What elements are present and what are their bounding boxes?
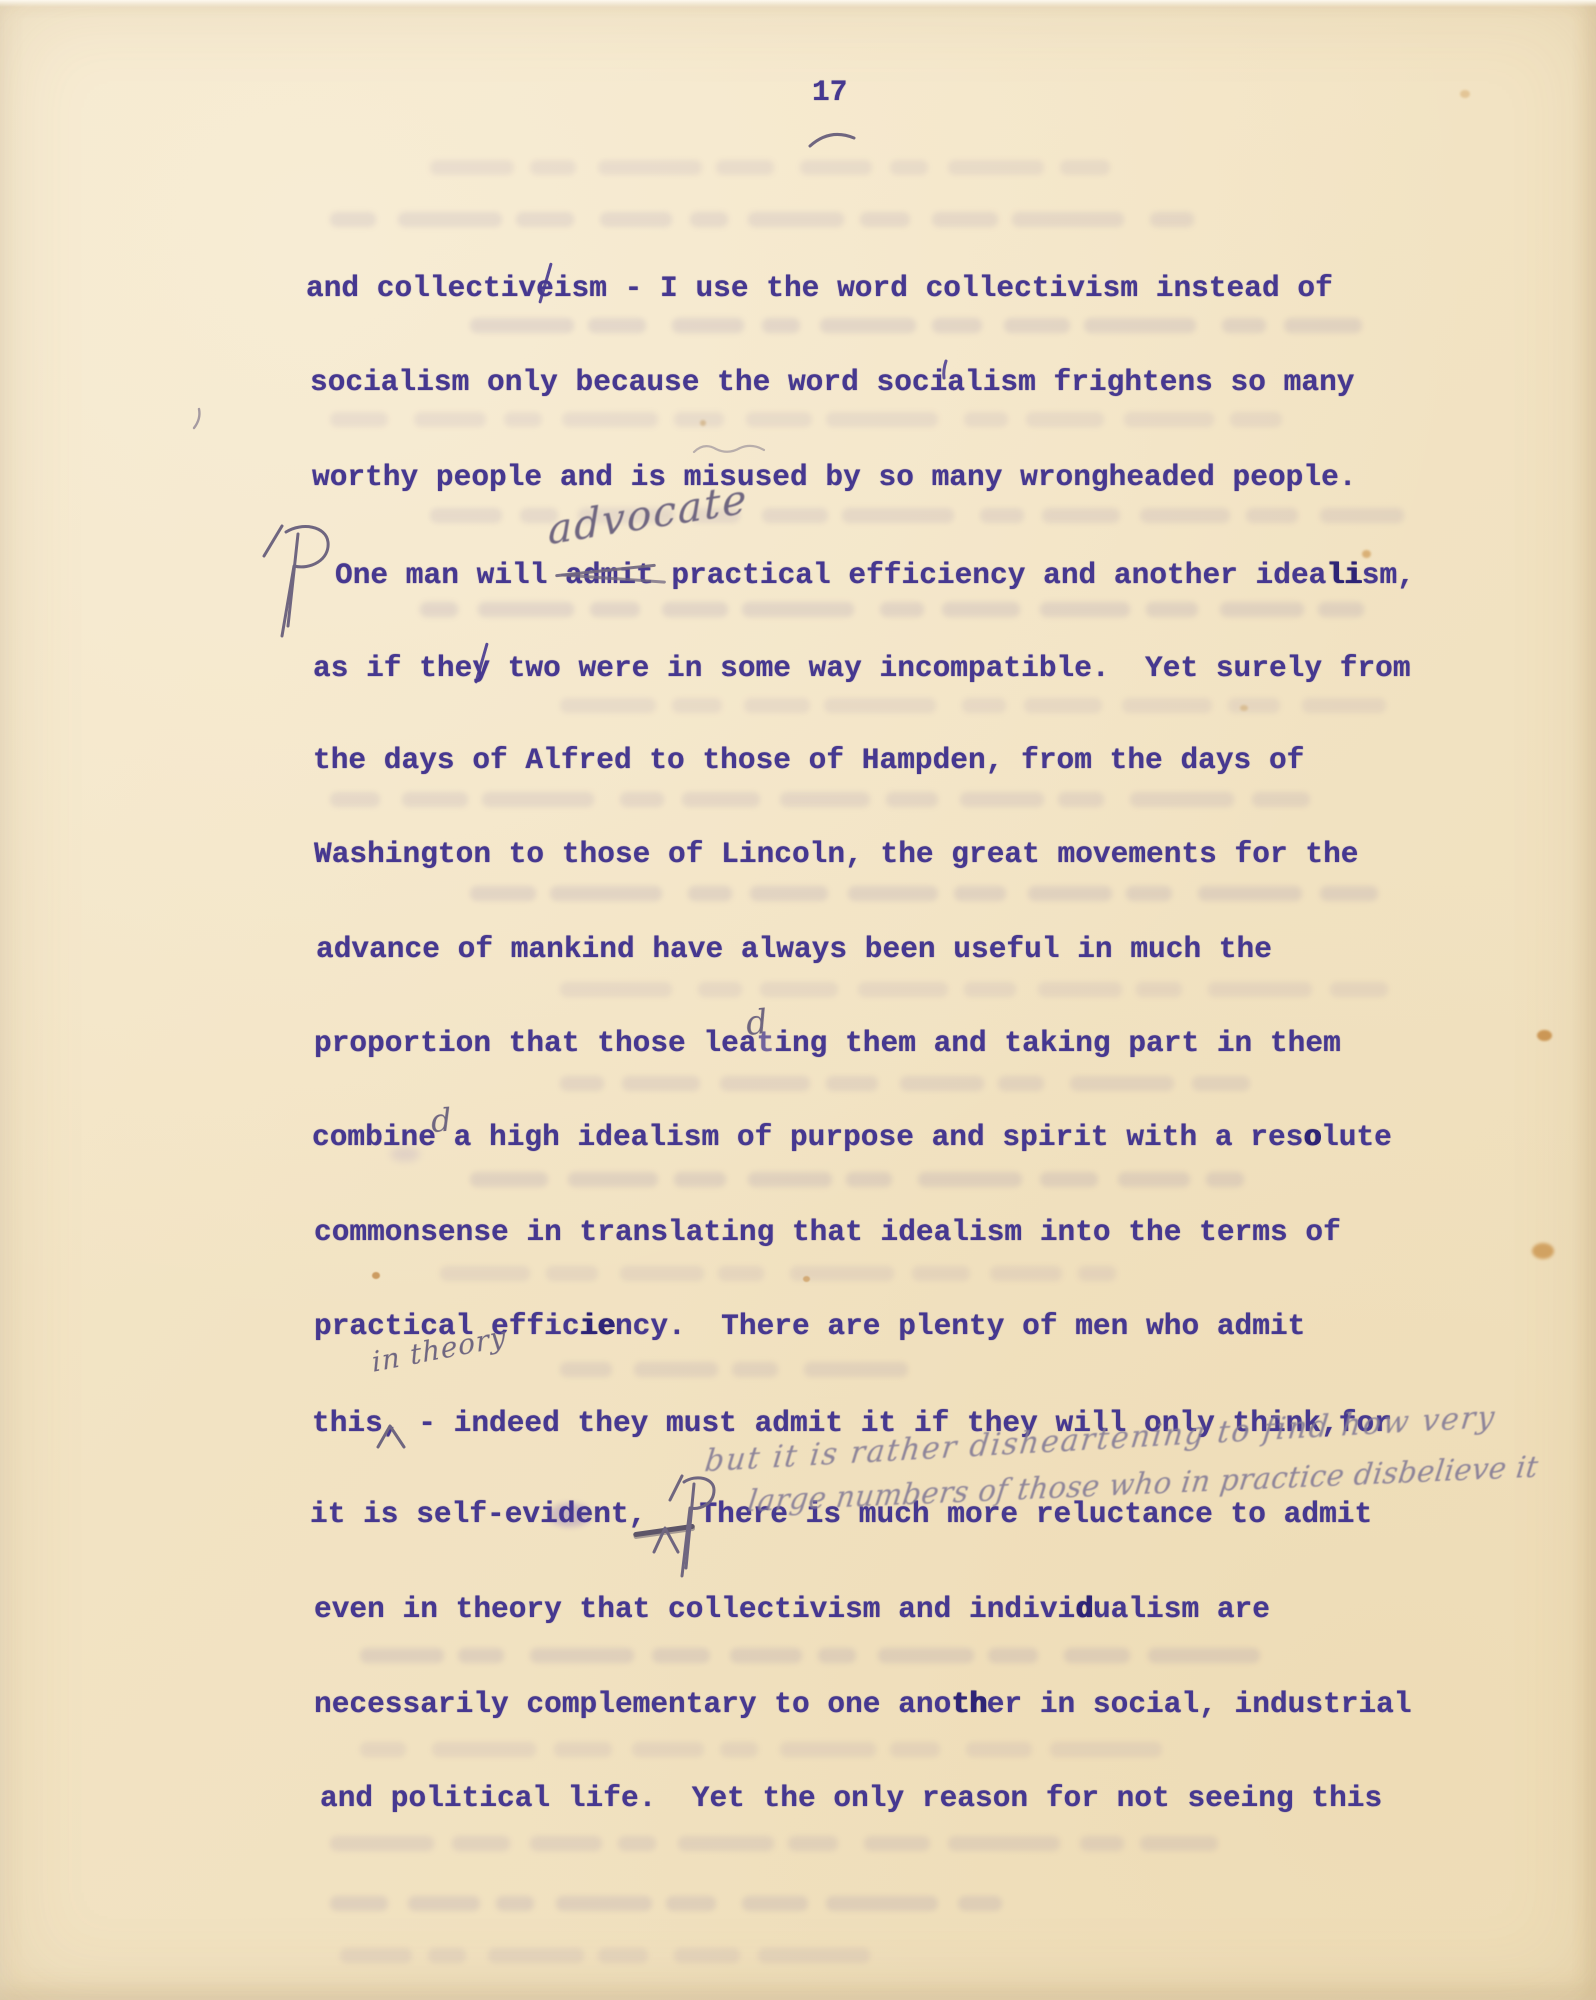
typed-segment: ncy. There are plenty of men who admit — [615, 1309, 1305, 1343]
ghost-text-fragment — [1042, 508, 1120, 523]
ghost-text-fragment — [846, 1172, 892, 1187]
ghost-text-fragment — [800, 160, 872, 175]
ghost-text-fragment — [698, 982, 742, 997]
caret-insert-mark — [648, 1524, 684, 1556]
typed-segment: two were in some way incompatible. Yet s… — [490, 651, 1411, 685]
ghost-text-fragment — [330, 1836, 434, 1851]
ghost-text-fragment — [662, 602, 728, 617]
typed-line: One man will admit practical efficiency … — [335, 557, 1415, 593]
ghost-text-fragment — [330, 792, 380, 807]
ghost-text-fragment — [980, 508, 1024, 523]
ghost-text-fragment — [488, 1948, 584, 1963]
ghost-text-fragment — [1318, 602, 1364, 617]
ghost-text-fragment — [1012, 212, 1124, 227]
ghost-text-fragment — [960, 792, 1044, 807]
handwritten-correction-d-combined: d — [430, 1101, 453, 1140]
ghost-text-fragment — [1150, 212, 1194, 227]
paper-stain — [1460, 90, 1470, 98]
ghost-text-fragment — [622, 1076, 700, 1091]
ghost-text-fragment — [560, 982, 672, 997]
ghost-text-fragment — [1038, 982, 1122, 997]
ghost-text-fragment — [760, 982, 838, 997]
ghost-text-fragment — [430, 160, 514, 175]
ghost-text-fragment — [804, 1362, 908, 1377]
ghost-text-fragment — [890, 160, 928, 175]
ghost-text-fragment — [674, 1948, 740, 1963]
ghost-text-fragment — [478, 602, 574, 617]
ghost-text-fragment — [1208, 982, 1312, 997]
ghost-text-fragment — [688, 886, 732, 901]
ghost-text-fragment — [590, 602, 640, 617]
paper-stain — [1537, 1030, 1552, 1041]
ghost-text-fragment — [504, 412, 542, 427]
ghost-text-fragment — [1140, 1836, 1218, 1851]
ghost-text-fragment — [516, 212, 574, 227]
ghost-text-fragment — [1028, 886, 1112, 901]
typed-line: necessarily complementary to one another… — [314, 1686, 1412, 1722]
typed-segment: necessarily complementary to one ano — [314, 1687, 951, 1721]
ghost-text-fragment — [408, 1896, 480, 1911]
ghost-text-fragment — [1080, 1836, 1124, 1851]
typed-segment: One man will — [335, 558, 565, 592]
ghost-text-fragment — [530, 160, 576, 175]
ghost-text-fragment — [1050, 1742, 1162, 1757]
ghost-text-fragment — [1284, 318, 1362, 333]
ghost-text-fragment — [556, 1896, 652, 1911]
ghost-text-fragment — [674, 412, 724, 427]
ghost-text-fragment — [428, 1948, 466, 1963]
paper-stain — [803, 1276, 810, 1282]
ghost-text-fragment — [360, 1742, 406, 1757]
typed-segment: er in social, industrial — [987, 1687, 1412, 1721]
ghost-text-fragment — [1084, 318, 1196, 333]
ghost-text-fragment — [470, 886, 536, 901]
ghost-text-fragment — [744, 698, 810, 713]
ghost-text-fragment — [964, 412, 1008, 427]
ghost-text-fragment — [1252, 792, 1310, 807]
ghost-text-fragment — [730, 1648, 802, 1663]
typed-line: worthy people and is misused by so many … — [312, 459, 1356, 495]
ghost-text-fragment — [1206, 1172, 1244, 1187]
typed-line: even in theory that collectivism and ind… — [314, 1591, 1270, 1627]
ghost-text-fragment — [550, 886, 662, 901]
ghost-text-fragment — [848, 886, 938, 901]
ghost-text-fragment — [1124, 412, 1214, 427]
ghost-text-fragment — [482, 792, 594, 807]
ghost-text-fragment — [452, 1836, 510, 1851]
ghost-text-fragment — [1060, 160, 1110, 175]
paper-stain — [1240, 705, 1248, 711]
typed-segment: Washington to those of Lincoln, the grea… — [314, 837, 1358, 871]
ghost-text-fragment — [954, 886, 1006, 901]
ghost-text-fragment — [678, 1836, 774, 1851]
ghost-text-fragment — [440, 1266, 530, 1281]
ghost-text-fragment — [1230, 412, 1282, 427]
typed-segment: it is self-evident, — [310, 1497, 646, 1531]
ghost-text-fragment — [820, 318, 916, 333]
ghost-text-fragment — [1024, 698, 1102, 713]
ghost-text-fragment — [690, 212, 728, 227]
ghost-text-fragment — [1220, 602, 1304, 617]
ghost-text-fragment — [964, 982, 1016, 997]
paragraph-insert-mark — [256, 520, 340, 642]
ghost-text-fragment — [360, 1648, 444, 1663]
ghost-text-fragment — [682, 792, 760, 807]
handwritten-correction-d-leading: d — [744, 1002, 770, 1044]
ghost-text-fragment — [788, 1836, 838, 1851]
ghost-text-fragment — [1122, 698, 1212, 713]
ghost-text-fragment — [860, 212, 910, 227]
ghost-text-fragment — [588, 318, 646, 333]
ghost-text-fragment — [990, 1266, 1062, 1281]
ghost-text-fragment — [340, 1948, 412, 1963]
ghost-text-fragment — [672, 698, 722, 713]
typed-segment: as if the — [313, 651, 472, 685]
typed-segment: lute — [1321, 1120, 1392, 1154]
ink-speck-mark — [938, 358, 952, 382]
ghost-text-fragment — [748, 1172, 832, 1187]
pencil-tick-mark — [190, 406, 204, 432]
ghost-text-fragment — [1140, 508, 1230, 523]
typed-segment: and collectiv — [306, 271, 536, 305]
ghost-text-fragment — [942, 602, 1020, 617]
ghost-text-fragment — [672, 318, 744, 333]
typed-segment: ualism are — [1093, 1592, 1270, 1626]
typed-segment: ism - I use the word collectivism instea… — [554, 271, 1333, 305]
typed-segment-over: li — [1326, 558, 1361, 592]
ghost-text-fragment — [470, 318, 574, 333]
typed-segment: even in theory that collectivism and ind… — [314, 1592, 1075, 1626]
ghost-text-fragment — [598, 160, 702, 175]
ghost-text-fragment — [458, 1648, 504, 1663]
ghost-text-fragment — [632, 1742, 704, 1757]
caret-insert-mark — [374, 1422, 408, 1450]
ghost-text-fragment — [414, 412, 486, 427]
ghost-text-fragment — [790, 1266, 894, 1281]
ghost-text-fragment — [718, 1266, 764, 1281]
ghost-text-fragment — [890, 1742, 940, 1757]
ghost-text-fragment — [1228, 698, 1280, 713]
ghost-text-fragment — [398, 212, 502, 227]
pencil-arc-mark — [806, 126, 858, 150]
ghost-text-fragment — [496, 1896, 534, 1911]
ghost-text-fragment — [962, 698, 1006, 713]
typed-line: Washington to those of Lincoln, the grea… — [314, 836, 1358, 872]
ghost-text-fragment — [568, 1172, 658, 1187]
typed-segment: socialism only because the word socialis… — [310, 365, 1354, 399]
ghost-text-fragment — [560, 698, 656, 713]
ghost-text-fragment — [858, 982, 948, 997]
ghost-text-fragment — [966, 1742, 1032, 1757]
ghost-text-fragment — [420, 602, 458, 617]
ghost-text-fragment — [432, 1742, 536, 1757]
typed-segment-over: d — [1075, 1592, 1093, 1626]
ghost-text-fragment — [780, 792, 870, 807]
ghost-text-fragment — [1040, 602, 1130, 617]
typed-segment: and political life. Yet the only reason … — [320, 1781, 1382, 1815]
ghost-text-fragment — [1330, 982, 1388, 997]
ghost-text-fragment — [762, 508, 828, 523]
ghost-text-fragment — [1026, 412, 1104, 427]
typed-segment-over: o — [1303, 1120, 1321, 1154]
ghost-text-fragment — [720, 1076, 810, 1091]
typed-line: commonsense in translating that idealism… — [314, 1214, 1341, 1250]
ghost-text-fragment — [1192, 1076, 1250, 1091]
ghost-text-fragment — [864, 1836, 930, 1851]
typed-segment: worthy people and is misused by so many … — [312, 460, 1356, 494]
ghost-text-fragment — [1040, 1172, 1098, 1187]
ghost-text-fragment — [1222, 318, 1266, 333]
ghost-text-fragment — [1246, 508, 1298, 523]
typed-segment: proportion that those lea — [314, 1026, 757, 1060]
ghost-text-fragment — [842, 508, 954, 523]
typed-line: and collectiveism - I use the word colle… — [306, 270, 1333, 306]
ghost-text-fragment — [560, 1076, 604, 1091]
ghost-text-fragment — [470, 1172, 548, 1187]
ghost-text-fragment — [560, 1362, 612, 1377]
ghost-text-fragment — [748, 212, 844, 227]
paper-stain — [372, 1272, 380, 1279]
ghost-text-fragment — [742, 1896, 808, 1911]
ghost-text-fragment — [1118, 1172, 1190, 1187]
ghost-text-fragment — [750, 886, 828, 901]
ghost-text-fragment — [330, 412, 388, 427]
ghost-text-fragment — [948, 160, 1044, 175]
typed-segment-over: ie — [580, 1309, 615, 1343]
ghost-text-fragment — [1302, 698, 1386, 713]
ghost-text-fragment — [600, 212, 672, 227]
ghost-text-fragment — [1058, 792, 1104, 807]
typed-segment-struck: admit — [565, 557, 654, 593]
paper-stain — [700, 420, 706, 426]
ghost-text-fragment — [1064, 1648, 1130, 1663]
ghost-text-fragment — [932, 318, 982, 333]
ghost-text-fragment — [1130, 792, 1234, 807]
ghost-text-fragment — [818, 1648, 856, 1663]
ghost-text-fragment — [732, 1362, 778, 1377]
typed-line: and political life. Yet the only reason … — [320, 1780, 1382, 1816]
ghost-text-fragment — [530, 1836, 602, 1851]
ghost-text-fragment — [1070, 1076, 1174, 1091]
ghost-text-fragment — [402, 792, 468, 807]
ghost-text-fragment — [742, 602, 854, 617]
ghost-text-fragment — [886, 792, 938, 807]
ghost-text-fragment — [1146, 602, 1198, 617]
ghost-text-fragment — [824, 698, 936, 713]
ghost-text-fragment — [1320, 508, 1404, 523]
ghost-text-fragment — [530, 1648, 634, 1663]
typed-segment: a high idealism of purpose and spirit wi… — [454, 1120, 1304, 1154]
manuscript-page: 17 and collectiveism - I use the word co… — [0, 0, 1596, 2000]
page-number: 17 — [812, 74, 847, 110]
ghost-text-fragment — [746, 412, 812, 427]
ghost-text-fragment — [1136, 982, 1182, 997]
ghost-text-fragment — [1320, 886, 1378, 901]
ghost-text-fragment — [932, 212, 998, 227]
ghost-text-fragment — [918, 1172, 1022, 1187]
ghost-text-fragment — [430, 508, 502, 523]
typed-segment-slash: y — [472, 650, 490, 686]
typed-line: as if they two were in some way incompat… — [313, 650, 1411, 686]
ghost-text-fragment — [1198, 886, 1302, 901]
ghost-text-fragment — [826, 1076, 878, 1091]
typed-line: proportion that those leating them and t… — [314, 1025, 1341, 1061]
pencil-squiggle-mark — [690, 440, 770, 458]
ghost-text-fragment — [1126, 886, 1172, 901]
ghost-text-fragment — [620, 792, 664, 807]
typed-segment: sm, — [1362, 558, 1415, 592]
typed-segment: commonsense in translating that idealism… — [314, 1215, 1341, 1249]
ghost-text-fragment — [1004, 318, 1070, 333]
ghost-text-fragment — [1078, 1266, 1116, 1281]
typed-line: combine a high idealism of purpose and s… — [312, 1119, 1392, 1155]
ghost-text-fragment — [880, 602, 924, 617]
ghost-text-fragment — [716, 160, 774, 175]
ghost-text-fragment — [598, 1948, 648, 1963]
ghost-text-fragment — [546, 1266, 598, 1281]
ghost-text-fragment — [618, 1836, 656, 1851]
typed-line: advance of mankind have always been usef… — [316, 931, 1272, 967]
ghost-text-fragment — [554, 1742, 612, 1757]
ghost-text-fragment — [720, 1742, 758, 1757]
paper-stain — [1532, 1243, 1554, 1259]
typed-line: the days of Alfred to those of Hampden, … — [313, 742, 1304, 778]
typed-segment: practical efficiency and another idea — [654, 558, 1327, 592]
typed-segment: advance of mankind have always been usef… — [316, 932, 1272, 966]
ghost-text-fragment — [878, 1648, 974, 1663]
ghost-text-fragment — [674, 1172, 726, 1187]
ghost-text-fragment — [780, 1742, 876, 1757]
typed-segment: combine — [312, 1120, 436, 1154]
ghost-text-fragment — [1148, 1648, 1260, 1663]
typed-segment-slash: e — [536, 270, 554, 306]
ghost-text-fragment — [826, 1896, 938, 1911]
ghost-text-fragment — [900, 1076, 984, 1091]
ghost-text-fragment — [634, 1362, 718, 1377]
ghost-text-fragment — [988, 1648, 1038, 1663]
ghost-text-fragment — [562, 412, 658, 427]
ghost-text-fragment — [948, 1836, 1060, 1851]
ghost-text-fragment — [620, 1266, 704, 1281]
ghost-text-fragment — [652, 1648, 710, 1663]
ghost-text-fragment — [762, 318, 800, 333]
ghost-text-fragment — [330, 212, 376, 227]
ghost-text-fragment — [998, 1076, 1044, 1091]
typed-line: socialism only because the word socialis… — [310, 364, 1354, 400]
ghost-text-fragment — [958, 1896, 1002, 1911]
ghost-text-fragment — [666, 1896, 716, 1911]
ghost-text-fragment — [758, 1948, 870, 1963]
ghost-text-fragment — [912, 1266, 970, 1281]
ghost-text-fragment — [826, 412, 938, 427]
typed-segment: the days of Alfred to those of Hampden, … — [313, 743, 1304, 777]
typed-segment: ing them and taking part in them — [774, 1026, 1341, 1060]
typed-segment-over: th — [951, 1687, 986, 1721]
ghost-text-fragment — [330, 1896, 388, 1911]
